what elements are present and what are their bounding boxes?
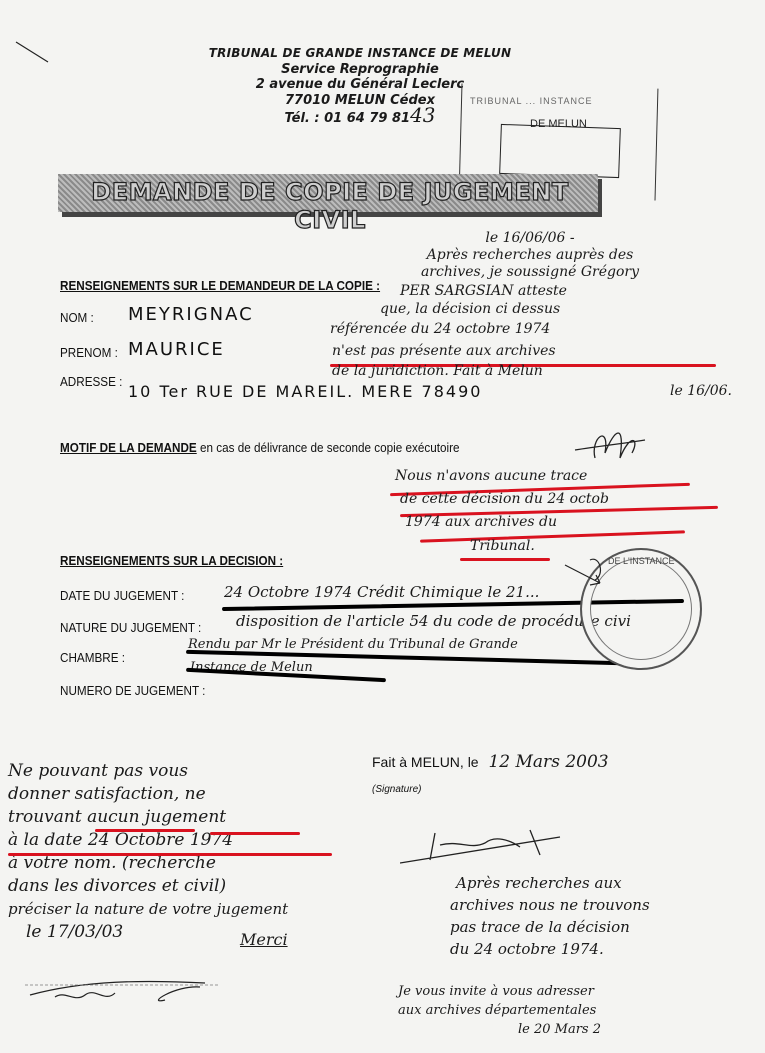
requester-section-heading: RENSEIGNEMENTS SUR LE DEMANDEUR DE LA CO… <box>60 278 380 293</box>
motive-subtext: en cas de délivrance de seconde copie ex… <box>200 440 460 455</box>
seal-initials <box>560 555 630 595</box>
judgment-nature-value: disposition de l'article 54 du code de p… <box>236 612 631 630</box>
judgment-date-value: 24 Octobre 1974 Crédit Chimique le 21... <box>224 583 539 601</box>
red-underline <box>95 829 195 832</box>
clerk-note-line: de la juridiction. Fait à Melun <box>332 362 543 381</box>
phone-suffix: 43 <box>410 103 435 127</box>
requester-signature <box>25 975 225 1015</box>
clerk-note-line: que, la décision ci dessus <box>380 300 560 319</box>
clerk-note-line: n'est pas présente aux archives <box>332 342 556 361</box>
made-date: 12 Mars 2003 <box>488 752 608 772</box>
decision-section-heading: RENSEIGNEMENTS SUR LA DECISION : <box>60 553 283 568</box>
clerk-note-top: le 16/06/06 - Après recherches auprès de… <box>330 230 730 281</box>
made-at: Fait à MELUN, le 12 Mars 2003 <box>372 752 609 772</box>
motive-note-line: Tribunal. <box>470 537 535 556</box>
document-title: DEMANDE DE COPIE DE JUGEMENT CIVIL <box>60 178 600 234</box>
clerk-signature <box>570 418 650 468</box>
name-label: NOM : <box>60 310 94 325</box>
right-note: Après recherches aux archives nous ne tr… <box>450 872 650 960</box>
address-label: ADRESSE : <box>60 374 122 389</box>
judgment-nature-label: NATURE DU JUGEMENT : <box>60 620 201 635</box>
service-name: Service Reprographie <box>150 62 570 78</box>
motive-note-line: 1974 aux archives du <box>405 513 557 532</box>
clerk-note-line: référencée du 24 octobre 1974 <box>330 320 550 339</box>
stamp-top-text: TRIBUNAL ... INSTANCE <box>470 96 593 106</box>
judgment-date-label: DATE DU JUGEMENT : <box>60 588 184 603</box>
red-underline <box>460 558 550 561</box>
right-note-cont: Je vous invite à vous adresser aux archi… <box>398 982 601 1039</box>
name-value: MEYRIGNAC <box>128 304 254 325</box>
red-underline <box>8 853 332 856</box>
red-underline <box>210 832 300 835</box>
pen-mark <box>14 40 54 68</box>
institution-name: TRIBUNAL DE GRANDE INSTANCE DE MELUN <box>150 46 570 62</box>
left-note: Ne pouvant pas vous donner satisfaction,… <box>8 760 288 944</box>
motive-heading: MOTIF DE LA DEMANDE <box>60 440 197 455</box>
thanks-note: Merci <box>240 930 288 949</box>
clerk-note-date: le 16/06. <box>670 382 732 401</box>
judgment-number-label: NUMERO DE JUGEMENT : <box>60 683 205 698</box>
firstname-label: PRENOM : <box>60 345 118 360</box>
chamber-value: Rendu par Mr le Président du Tribunal de… <box>188 637 518 652</box>
red-underline <box>420 530 685 542</box>
signature-label: (Signature) <box>372 784 421 795</box>
motive-note-line: de cette décision du 24 octob <box>400 490 609 509</box>
stamp-date-box <box>499 124 621 178</box>
motive-row: MOTIF DE LA DEMANDE en cas de délivrance… <box>60 440 460 455</box>
address-value: 10 Ter RUE DE MAREIL. MERE 78490 <box>128 382 482 401</box>
motive-note-line: Nous n'avons aucune trace <box>395 467 587 486</box>
chamber-label: CHAMBRE : <box>60 650 125 665</box>
clerk-signature-2 <box>400 825 570 870</box>
clerk-note-line: PER SARGSIAN atteste <box>400 282 567 301</box>
firstname-value: MAURICE <box>128 339 225 360</box>
